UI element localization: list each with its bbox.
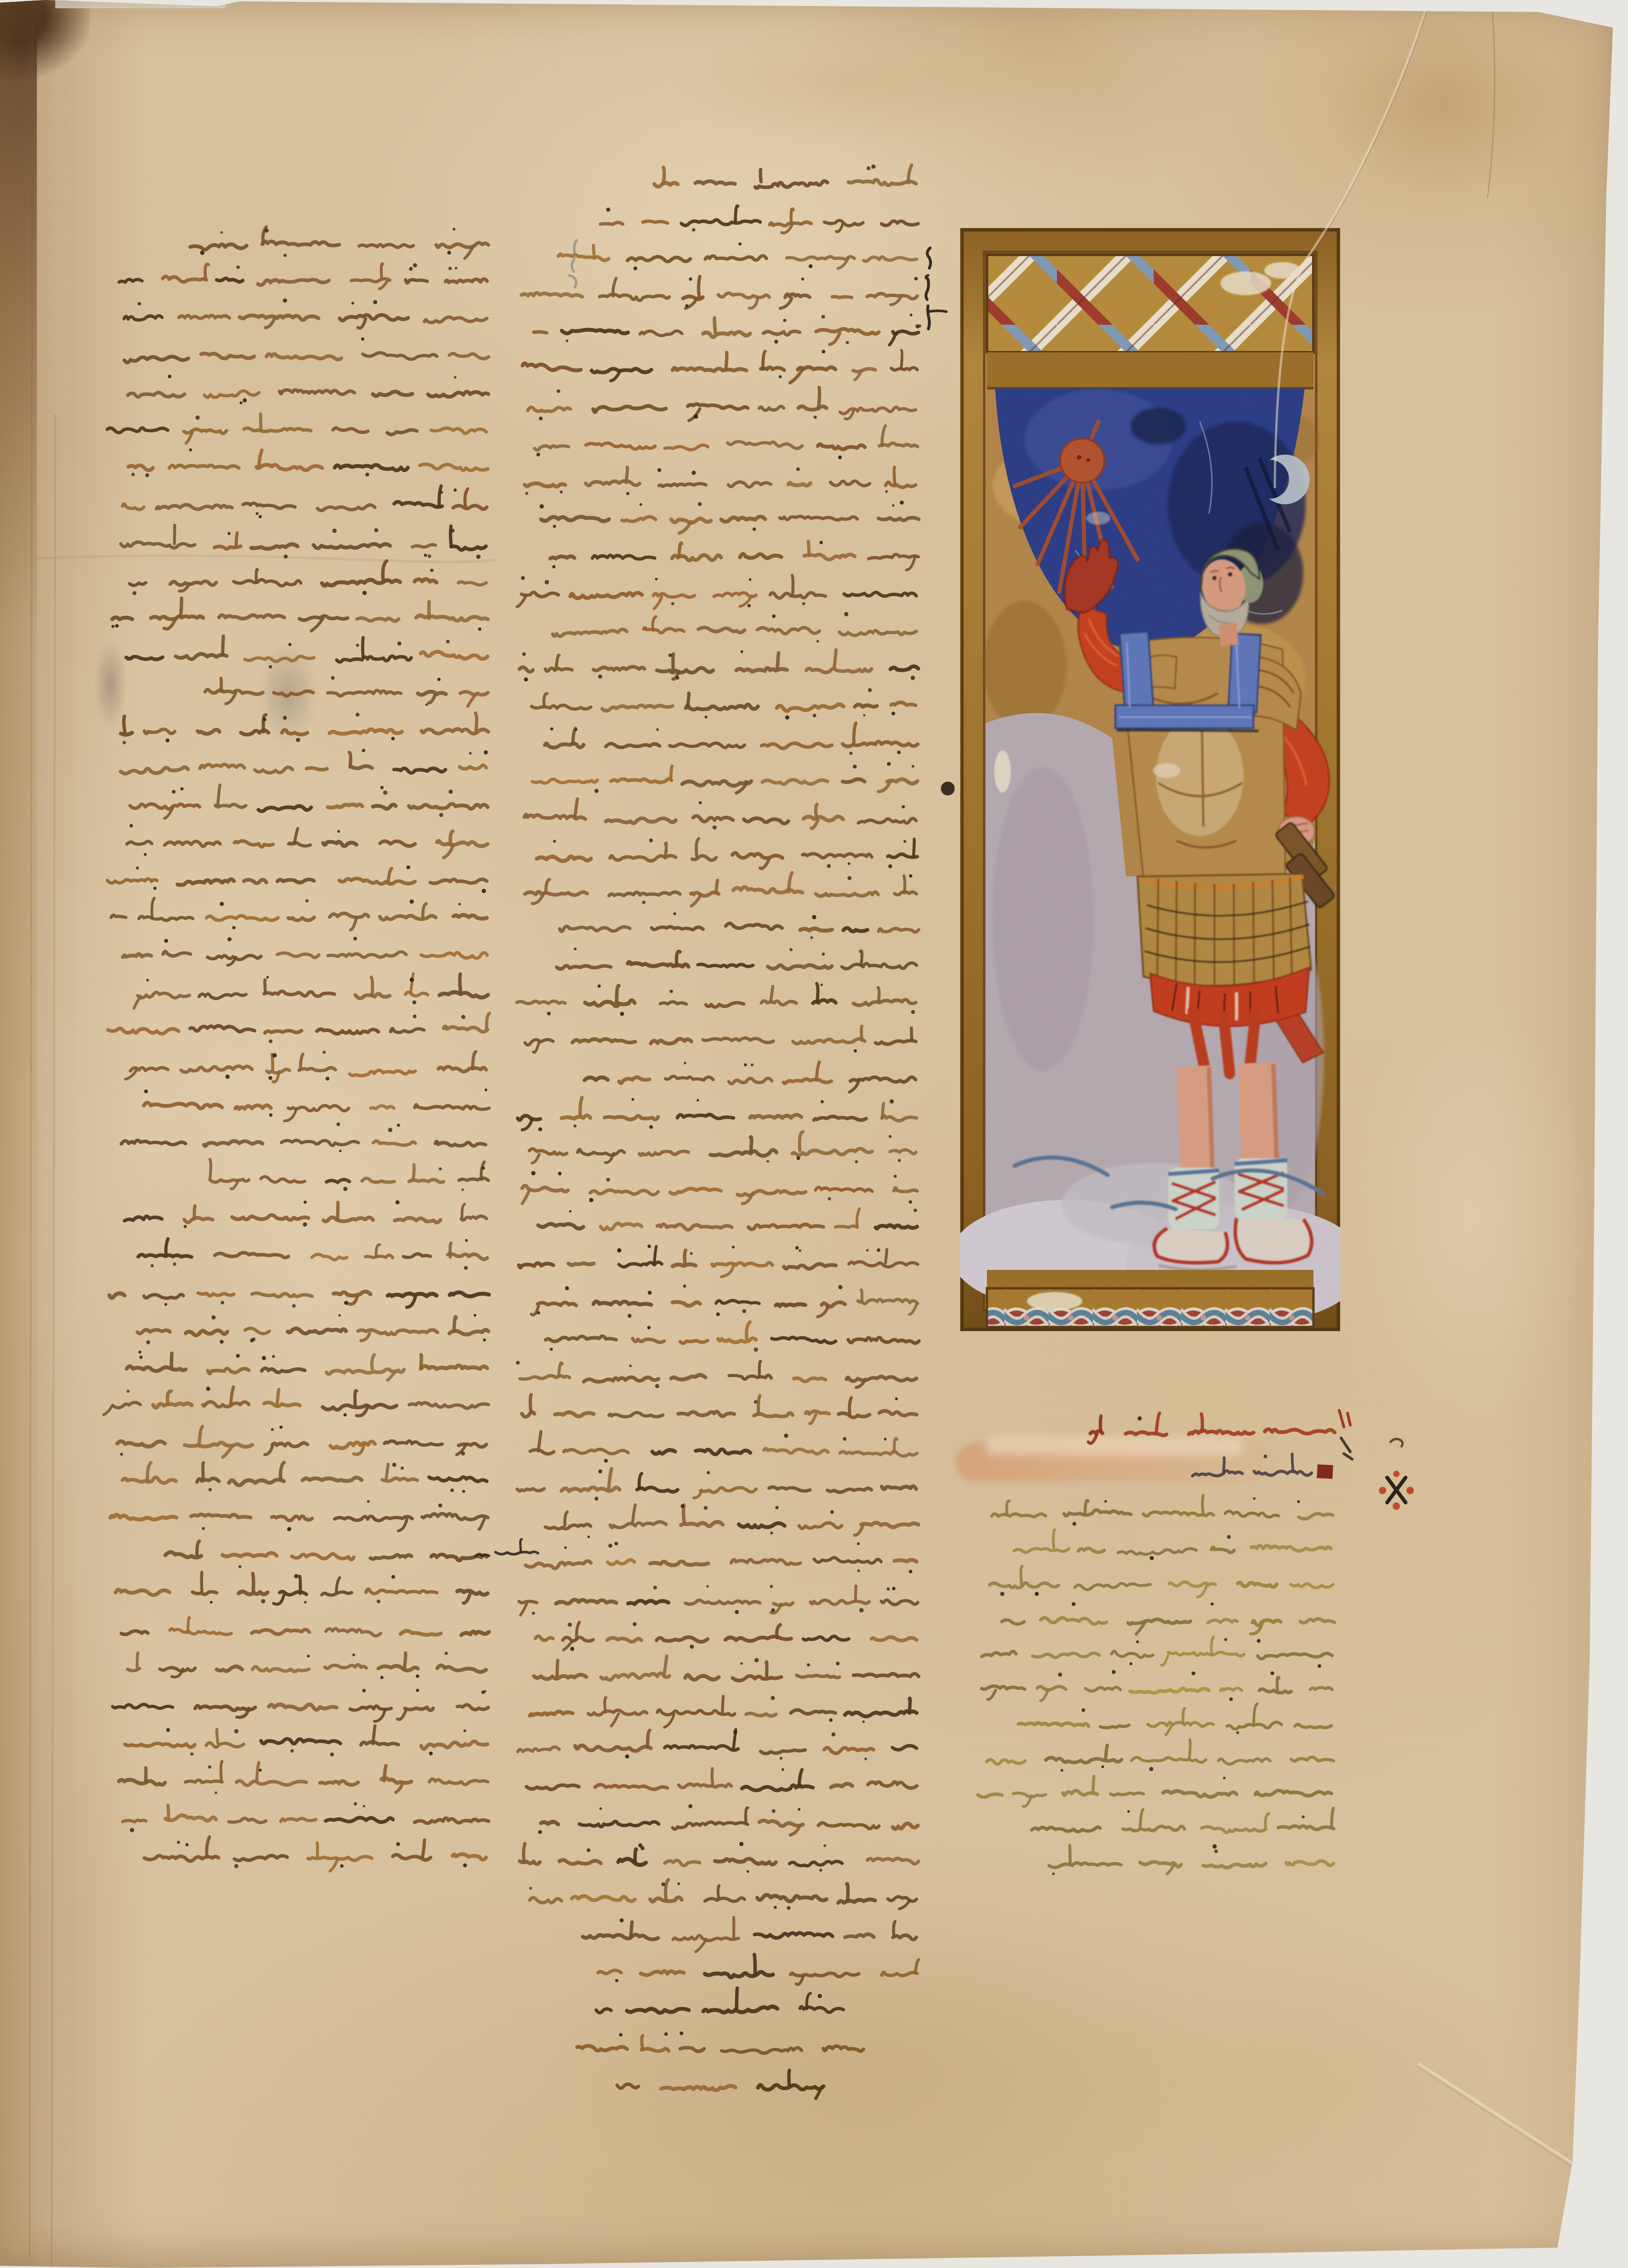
lower-right-rubric: [1088, 1413, 1335, 1476]
quire-mark: [914, 248, 946, 329]
text-ink-layer: [0, 0, 1628, 2268]
middle-column-text: [516, 164, 919, 2098]
left-column-text: [104, 227, 490, 1871]
lower-right-body-text: [978, 1495, 1335, 1875]
parchment-page: [0, 0, 1628, 2268]
warrior-miniature-panel: [960, 228, 1340, 1331]
manuscript-photo: [0, 0, 1628, 2268]
